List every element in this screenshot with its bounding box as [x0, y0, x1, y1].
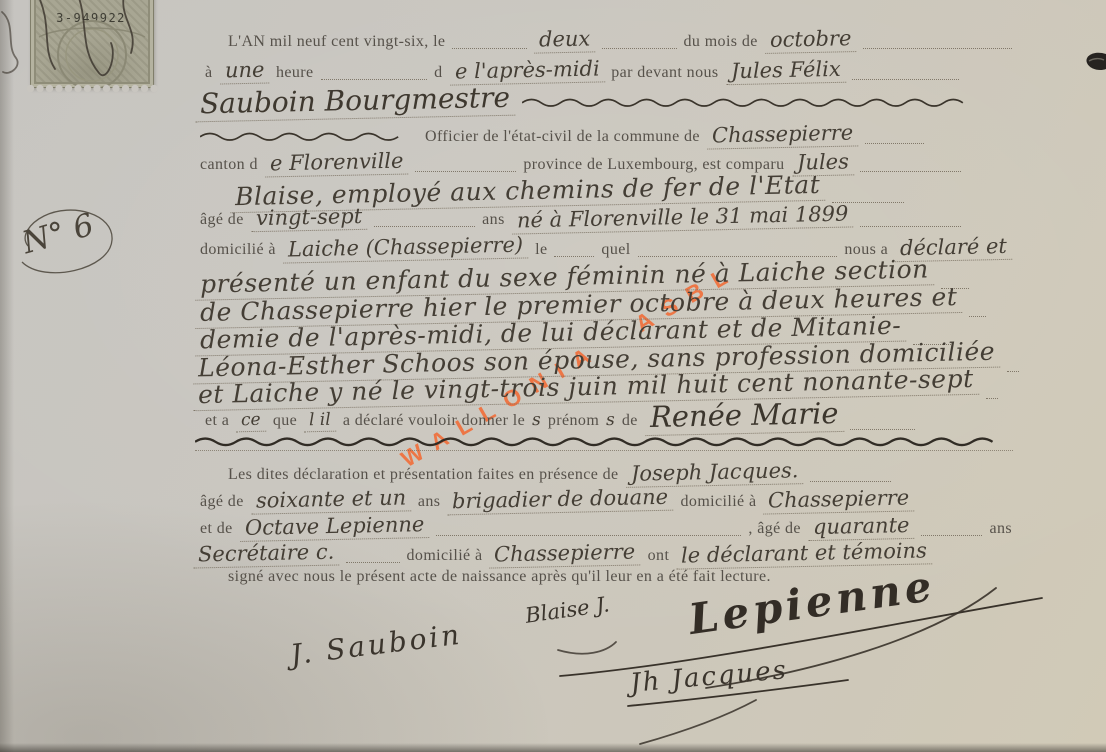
wavy-filler-line — [522, 95, 982, 108]
dotted-rule — [921, 532, 982, 536]
handwritten-child-firstnames: Renée Marie — [644, 396, 843, 436]
stamp-perforation — [26, 84, 158, 94]
act-line-04: Officier de l'état-civil de la commune d… — [200, 122, 1012, 148]
printed-closing-text: signé avec nous le présent acte de naiss… — [228, 568, 771, 586]
dotted-rule — [860, 168, 961, 172]
act-line-16: âgé de soixante et un ans brigadier de d… — [200, 487, 1012, 513]
handwritten-witness1-residence: Chassepierre — [763, 485, 915, 514]
revenue-stamp: 3-949922 — [30, 0, 154, 88]
dotted-rule — [602, 45, 676, 49]
signature-witness-jacques: Jh Jacques — [629, 655, 789, 699]
handwritten-age: vingt-sept — [250, 204, 367, 232]
handwritten-hour: une — [219, 57, 269, 84]
handwritten-commune: Chassepierre — [707, 120, 859, 149]
handwritten-text: le déclarant et témoins — [676, 538, 932, 569]
printed-text: domicilié à — [681, 493, 757, 511]
act-line-15: Les dites déclaration et présentation fa… — [228, 460, 1012, 486]
handwritten-witness2-profession: Secrétaire c. — [193, 539, 340, 568]
printed-text: ans — [418, 493, 441, 511]
dotted-rule — [865, 140, 924, 144]
act-line-02: à une heure d e l'après-midi par devant … — [205, 58, 1012, 84]
handwritten-text: s — [532, 410, 541, 430]
printed-text: a déclaré vouloir donner le — [343, 412, 525, 430]
handwritten-officer-firstnames: Jules Félix — [725, 57, 845, 86]
printed-text: L'AN mil neuf cent vingt-six, le — [228, 33, 445, 51]
printed-text: Officier de l'état-civil de la commune d… — [425, 128, 700, 146]
printed-text: domicilié à — [200, 241, 276, 259]
printed-text: domicilié à — [407, 547, 483, 565]
printed-text: âgé de — [200, 493, 244, 511]
act-line-07: âgé de vingt-sept ans né à Florenville l… — [200, 205, 1012, 231]
act-number: N° 6 — [18, 207, 97, 262]
act-line-05: canton d e Florenville province de Luxem… — [200, 150, 1012, 176]
dotted-rule — [852, 76, 959, 80]
stamp-serial-number: 3-949922 — [41, 11, 141, 25]
handwritten-witness2-residence: Chassepierre — [489, 539, 641, 568]
handwritten-witness1-profession: brigadier de douane — [447, 485, 674, 516]
printed-text: canton d — [200, 156, 258, 174]
act-line-01: L'AN mil neuf cent vingt-six, le deux du… — [228, 27, 1012, 53]
signature-officer: J. Sauboin — [289, 618, 464, 672]
signature-declarant: Blaise J. — [524, 592, 611, 628]
handwritten-witness2-age: quarante — [808, 513, 915, 541]
section-separator — [195, 434, 1013, 447]
handwritten-day: deux — [534, 26, 596, 53]
dotted-rule — [374, 223, 475, 227]
handwritten-text: s — [606, 410, 615, 430]
dotted-rule — [969, 313, 986, 317]
printed-text: heure — [276, 64, 314, 82]
handwritten-witness1-name: Joseph Jacques. — [625, 458, 803, 488]
act-line-03: Sauboin Bourgmestre — [195, 84, 1012, 119]
dotted-rule — [863, 45, 1012, 49]
act-line-19: signé avec nous le présent acte de naiss… — [228, 568, 771, 586]
handwritten-text: l il — [304, 410, 336, 433]
printed-text: et a — [205, 412, 229, 430]
wavy-filler-line — [200, 129, 418, 142]
printed-text: par devant nous — [611, 64, 718, 82]
dotted-rule — [195, 450, 1013, 451]
handwritten-text: ce — [236, 410, 266, 433]
handwritten-birthplace-date: né à Florenville le 31 mai 1899 — [511, 201, 853, 234]
dotted-rule — [346, 559, 399, 563]
handwritten-canton: e Florenville — [265, 149, 409, 178]
printed-text: prénom — [548, 412, 599, 430]
printed-text: , âgé de — [748, 520, 801, 538]
dotted-rule — [452, 45, 526, 49]
act-line-17: et de Octave Lepienne , âgé de quarante … — [200, 514, 1012, 540]
dotted-rule — [850, 426, 915, 430]
printed-text: et de — [200, 520, 233, 538]
act-line-06: Blaise, employé aux chemins de fer de l'… — [230, 176, 1012, 207]
dotted-rule — [415, 168, 516, 172]
printed-text: ont — [648, 547, 670, 565]
act-line-18: Secrétaire c. domicilié à Chassepierre o… — [193, 541, 1012, 567]
printed-text: âgé de — [200, 211, 244, 229]
handwritten-witness2-name: Octave Lepienne — [239, 512, 429, 542]
printed-text: ans — [989, 520, 1012, 538]
dotted-rule — [436, 532, 741, 536]
handwritten-witness1-age: soixante et un — [250, 485, 411, 514]
printed-text: quel — [601, 241, 630, 259]
dotted-rule — [554, 253, 594, 257]
printed-text: ans — [482, 211, 505, 229]
handwritten-officer-name: Sauboin Bourgmestre — [195, 81, 516, 123]
printed-text: de — [622, 412, 638, 430]
printed-text: à — [205, 64, 213, 82]
wavy-separator-line — [195, 434, 1013, 447]
handwritten-month: octobre — [764, 26, 856, 54]
dotted-rule — [810, 478, 891, 482]
handwritten-residence: Laiche (Chassepierre) — [283, 232, 529, 263]
printed-text: du mois de — [684, 33, 758, 51]
printed-text: que — [273, 412, 297, 430]
dotted-rule — [321, 76, 428, 80]
act-line-14: et a ce que l il a déclaré vouloir donne… — [205, 398, 1012, 434]
printed-text: Les dites déclaration et présentation fa… — [228, 466, 619, 484]
paper-left-edge-shadow — [0, 0, 14, 752]
dotted-rule — [860, 223, 961, 227]
printed-text: le — [535, 241, 547, 259]
birth-certificate-scan: 3-949922 N° 6 WALLONIA ASBL L'AN mil neu… — [0, 0, 1106, 752]
printed-text: d — [434, 64, 442, 82]
staple-mark — [1082, 48, 1106, 82]
